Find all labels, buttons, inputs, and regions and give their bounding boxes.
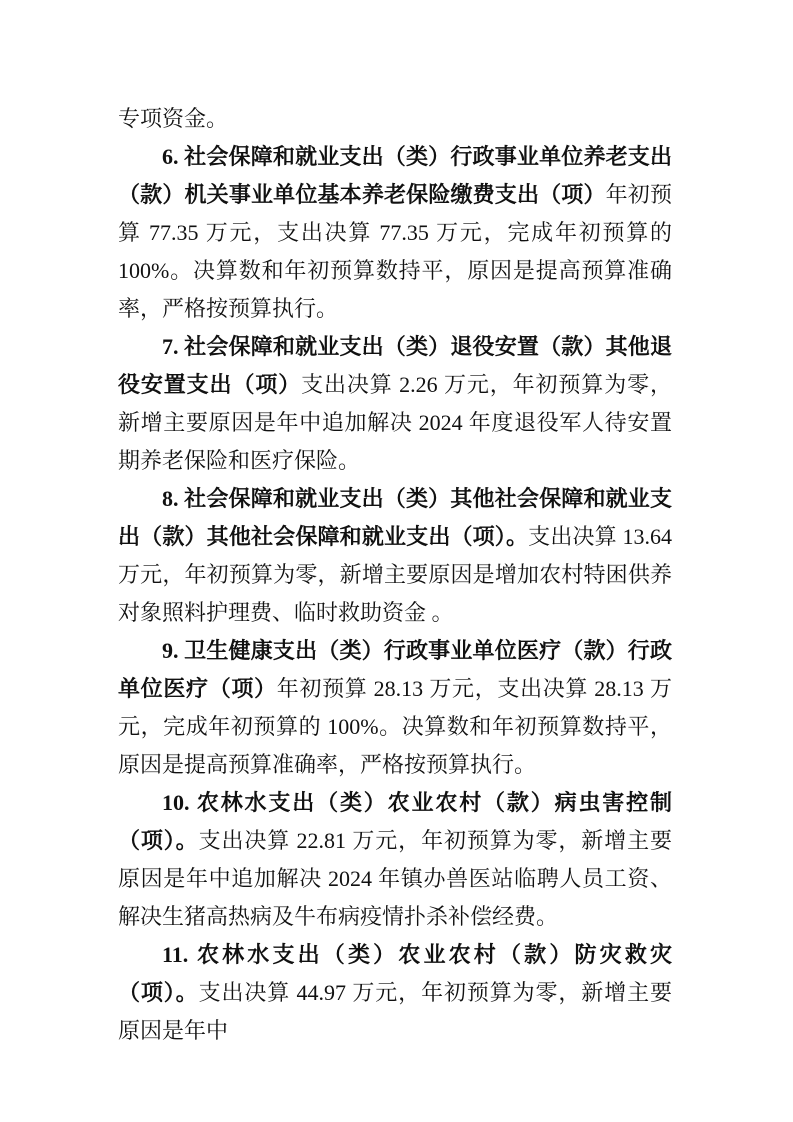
paragraph-item-6: 6. 社会保障和就业支出（类）行政事业单位养老支出（款）机关事业单位基本养老保险… [118,138,672,328]
paragraph-item-7: 7. 社会保障和就业支出（类）退役安置（款）其他退役安置支出（项）支出决算 2.… [118,328,672,480]
document-text-block: 专项资金。 6. 社会保障和就业支出（类）行政事业单位养老支出（款）机关事业单位… [118,100,672,1050]
paragraph-10-body: 支出决算 22.81 万元，年初预算为零，新增主要原因是年中追加解决 2024 … [118,828,672,929]
document-page: 专项资金。 6. 社会保障和就业支出（类）行政事业单位养老支出（款）机关事业单位… [0,0,793,1122]
paragraph-item-8: 8. 社会保障和就业支出（类）其他社会保障和就业支出（款）其他社会保障和就业支出… [118,480,672,632]
paragraph-6-heading: 6. 社会保障和就业支出（类）行政事业单位养老支出（款）机关事业单位基本养老保险… [118,144,672,207]
paragraph-item-10: 10. 农林水支出（类）农业农村（款）病虫害控制（项）。支出决算 22.81 万… [118,784,672,936]
paragraph-11-body: 支出决算 44.97 万元，年初预算为零，新增主要原因是年中 [118,980,672,1043]
paragraph-item-9: 9. 卫生健康支出（类）行政事业单位医疗（款）行政单位医疗（项）年初预算 28.… [118,632,672,784]
paragraph-continuation-text: 专项资金。 [118,106,228,131]
paragraph-item-11: 11. 农林水支出（类）农业农村（款）防灾救灾（项）。支出决算 44.97 万元… [118,936,672,1050]
paragraph-continuation: 专项资金。 [118,100,672,138]
